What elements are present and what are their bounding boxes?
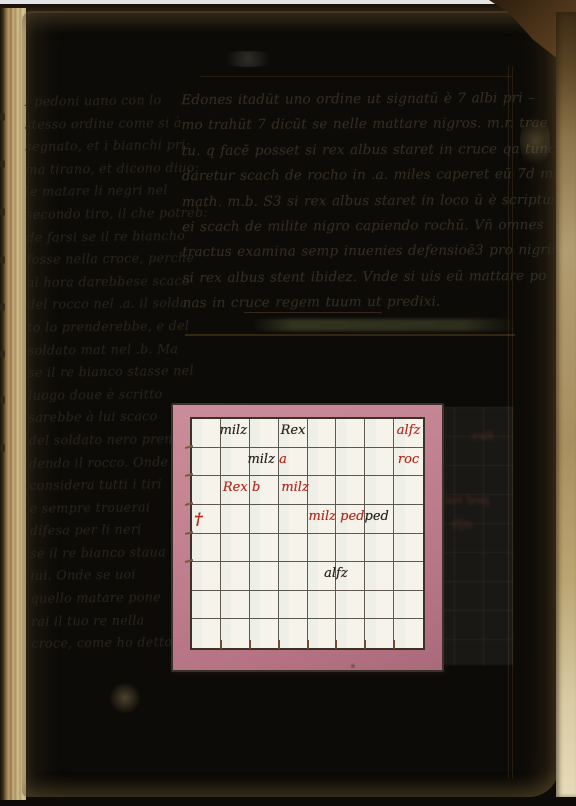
board-cell: [279, 591, 308, 620]
board-cell: [308, 591, 337, 620]
gray-smudge: [218, 51, 278, 67]
main-text-line: mo trahūt 7 dicūt se nelle mattare nigro…: [181, 115, 573, 143]
margin-text-line: quello matare pone: [31, 589, 191, 614]
main-text-line: ei scach de milite nigro capiendo rochū.…: [182, 217, 574, 245]
margin-text-line: segnato, et i bianchi pri:: [25, 137, 185, 162]
board-cell: [279, 534, 308, 563]
board-cell: [308, 534, 337, 563]
board-cell: [192, 562, 221, 591]
board-cell: [336, 591, 365, 620]
parchment-stain: [108, 683, 142, 713]
board-cell: [279, 619, 308, 648]
margin-text-line: rai il tuo re nella: [31, 612, 191, 637]
board-cell: [279, 562, 308, 591]
piece-label-b: b: [242, 480, 271, 495]
margin-text-line: le matare li negri nel: [26, 182, 186, 207]
gutter-ink-mark: [0, 208, 5, 216]
board-cell: [221, 562, 250, 591]
board-cell: [365, 448, 394, 477]
board-tick: [249, 640, 251, 649]
board-cell: [308, 476, 337, 505]
main-text-line: tu. q facē posset si rex albus staret in…: [182, 141, 574, 169]
margin-text-line: fosse nella croce, perche: [26, 250, 186, 275]
board-cell: [336, 448, 365, 477]
piece-label-roc: roc: [394, 452, 423, 467]
board-cell: [394, 534, 423, 563]
main-text-line: tractus examina semp inuenies defensioē3…: [182, 242, 574, 270]
board-cell: [394, 562, 423, 591]
board-cell: [192, 419, 221, 448]
board-cell: [192, 476, 221, 505]
board-cell: [250, 419, 279, 448]
piece-label-Rex: Rex: [279, 423, 308, 438]
piece-label-a: a: [269, 452, 298, 467]
piece-label-ped: ped: [362, 509, 391, 524]
board-cell: [221, 505, 250, 534]
margin-text-line: to lo prenderebbe, e del: [27, 318, 187, 343]
piece-label-milz-ped: milz ped: [308, 509, 366, 524]
board-cell: [250, 505, 279, 534]
piece-label-milz: milz: [281, 480, 310, 495]
margin-text-line: soldato mat nel .b. Ma: [28, 341, 188, 366]
gutter-ink-mark: [0, 350, 5, 358]
board-cell: [394, 619, 423, 648]
board-cell: [394, 505, 423, 534]
board-cell: [365, 419, 394, 448]
board-cell: [336, 419, 365, 448]
board-cell: [250, 534, 279, 563]
gutter-ink-mark: [0, 444, 5, 452]
piece-label-milz: milz: [219, 423, 248, 438]
board-cell: [336, 534, 365, 563]
manuscript-page: Rexped rocalfz I pedoni uano con lostess…: [22, 11, 559, 797]
margin-text-line: luogo doue è scritto: [28, 386, 188, 411]
main-text-line: nas in cruce regem tuum ut predixi.: [183, 293, 575, 321]
bleedthrough-word: alfz: [451, 517, 473, 531]
board-cell: [365, 534, 394, 563]
board-cell: [308, 448, 337, 477]
main-text-line: math. m.b. S3 si rex albus staret in loc…: [182, 191, 574, 219]
board-cell: [250, 619, 279, 648]
board-cell: [308, 419, 337, 448]
chess-diagram: milzRexalfzmilzarocRexbmilz†milz pedpeda…: [171, 403, 444, 672]
margin-text-line: ma tirano, et dicono diuo:: [25, 160, 185, 185]
margin-text-line: al hora darebbese scaco: [27, 273, 187, 298]
margin-text-line: dendo il rocco. Onde: [29, 454, 189, 479]
board-cell: [394, 591, 423, 620]
margin-text-line: secondo tiro, il che potreb:: [26, 205, 186, 230]
gutter-ink-mark: [0, 113, 5, 121]
margin-text-line: del soldato nero pren: [29, 431, 189, 456]
margin-note-italian: I pedoni uano con lostesso ordine come s…: [25, 92, 192, 659]
board-tick: [335, 640, 337, 649]
main-text-line: daretur scach de rocho in .a. miles cape…: [182, 166, 574, 194]
margin-text-line: difesa per li neri: [30, 521, 190, 546]
gutter-ink-mark: [0, 160, 5, 168]
margin-text-line: considera tutti i tiri: [29, 476, 189, 501]
board-cell: [221, 534, 250, 563]
board-cell: [250, 562, 279, 591]
board-cell: [279, 505, 308, 534]
piece-label-†: †: [184, 509, 213, 528]
board-cell: [365, 619, 394, 648]
chess-grid: milzRexalfzmilzarocRexbmilz†milz pedpeda…: [190, 417, 425, 650]
board-cell: [365, 562, 394, 591]
main-text-line: si rex albus stent ibidez. Vnde si uis e…: [182, 268, 574, 296]
board-cell: [308, 619, 337, 648]
main-text-latin: Edones itadūt uno ordine ut signatū è 7 …: [181, 90, 574, 321]
reader-underline: [244, 312, 382, 313]
main-text-line: Edones itadūt uno ordine ut signatū è 7 …: [181, 90, 573, 118]
ink-spot: [350, 663, 356, 669]
board-cell: [365, 476, 394, 505]
board-tick: [220, 640, 222, 649]
board-cell: [192, 591, 221, 620]
margin-text-line: I pedoni uano con lo: [25, 92, 185, 117]
margin-text-line: de farsi se il re biancho: [26, 228, 186, 253]
margin-text-line: croce, come ho detto.: [31, 634, 191, 659]
board-cell: [336, 476, 365, 505]
margin-text-line: sarebbe à lui scaco: [28, 408, 188, 433]
ruling-line-top: [200, 76, 512, 77]
bleedthrough-word: ped roc: [443, 493, 489, 507]
gutter-ink-mark: [0, 396, 5, 404]
page-edges-right: [556, 12, 576, 797]
manuscript-photo: Rexped rocalfz I pedoni uano con lostess…: [0, 0, 576, 806]
board-tick: [307, 640, 309, 649]
board-cell: [365, 591, 394, 620]
board-cell: [192, 448, 221, 477]
board-cell: [221, 591, 250, 620]
edge-discoloration: [520, 111, 550, 171]
board-cell: [221, 448, 250, 477]
board-cell: [250, 591, 279, 620]
margin-text-line: stesso ordine come si à: [25, 115, 185, 140]
margin-text-line: del rocco nel .a. il solda: [27, 295, 187, 320]
board-cell: [192, 619, 221, 648]
gutter-ink-mark: [0, 303, 5, 311]
board-tick: [393, 640, 395, 649]
board-tick: [278, 640, 280, 649]
piece-label-alfz: alfz: [394, 423, 423, 438]
piece-label-alfz: alfz: [322, 566, 351, 581]
margin-text-line: se il re bianco staua: [30, 544, 190, 569]
board-cell: [394, 476, 423, 505]
board-cell: [221, 619, 250, 648]
bleedthrough-text-smudge: [252, 319, 517, 331]
margin-text-line: iui. Onde se uoi: [30, 566, 190, 591]
board-cell: [336, 619, 365, 648]
board-tick: [364, 640, 366, 649]
ruling-line-under-text: [185, 334, 515, 336]
board-cell: [192, 534, 221, 563]
margin-text-line: se il re bianco stasse nel: [28, 363, 188, 388]
margin-text-line: e sempre trouerai: [30, 499, 190, 524]
bleedthrough-word: Rex: [471, 429, 494, 443]
gutter-ink-mark: [0, 256, 5, 264]
